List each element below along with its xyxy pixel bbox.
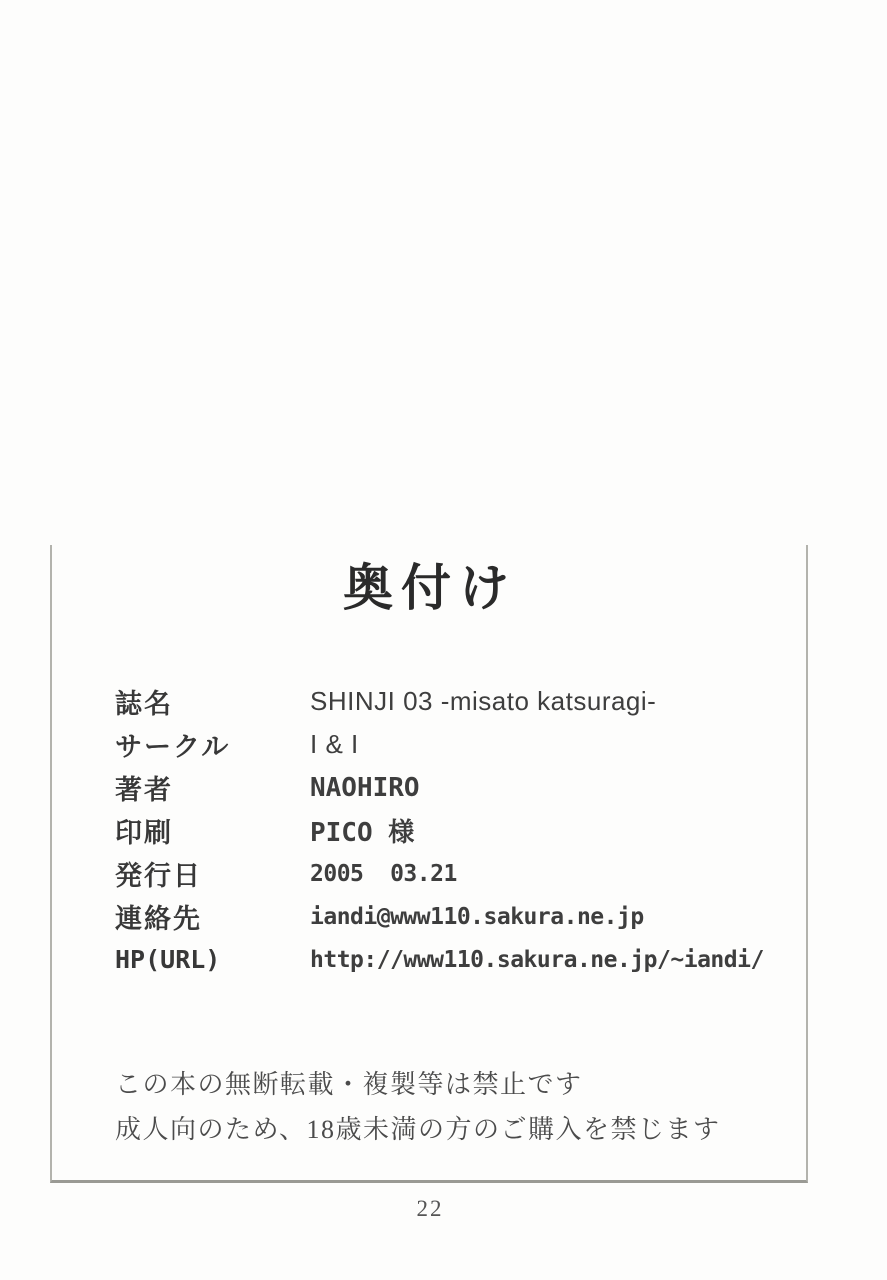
- table-row-printer: 印刷 PICO 様: [115, 809, 775, 852]
- table-row-title: 誌名 SHINJI 03 -misato katsuragi-: [115, 680, 775, 723]
- row-label-author: 著者: [115, 768, 310, 807]
- table-row-publish-date: 発行日 2005 03.21: [115, 852, 775, 895]
- table-row-contact: 連絡先 iandi@www110.sakura.ne.jp: [115, 895, 775, 938]
- scanned-page: 奥付け 誌名 SHINJI 03 -misato katsuragi- サークル…: [0, 0, 887, 1280]
- row-label-homepage: HP(URL): [115, 945, 310, 974]
- page-number: 22: [50, 1196, 810, 1222]
- row-label-title: 誌名: [115, 682, 310, 721]
- row-value-homepage-url: http://www110.sakura.ne.jp/~iandi/: [310, 947, 764, 973]
- row-value-author: NAOHIRO: [310, 773, 420, 803]
- notice-adults-only: 成人向のため、18歳未満の方のご購入を禁じます: [115, 1107, 775, 1152]
- row-label-circle: サークル: [115, 725, 310, 764]
- notice-no-reproduction: この本の無断転載・複製等は禁止です: [115, 1062, 775, 1107]
- row-value-title: SHINJI 03 -misato katsuragi-: [310, 686, 656, 717]
- row-value-publish-date: 2005 03.21: [310, 861, 457, 887]
- table-row-author: 著者 NAOHIRO: [115, 766, 775, 809]
- table-row-circle: サークル I & I: [115, 723, 775, 766]
- row-value-circle: I & I: [310, 729, 359, 760]
- row-label-printer: 印刷: [115, 811, 310, 850]
- row-label-contact: 連絡先: [115, 897, 310, 936]
- legal-notices: この本の無断転載・複製等は禁止です 成人向のため、18歳未満の方のご購入を禁じま…: [115, 1062, 775, 1152]
- row-label-publish-date: 発行日: [115, 854, 310, 893]
- colophon-info-table: 誌名 SHINJI 03 -misato katsuragi- サークル I &…: [115, 680, 775, 981]
- page-title: 奥付け: [50, 548, 810, 620]
- row-value-contact-email: iandi@www110.sakura.ne.jp: [310, 904, 644, 930]
- row-value-printer: PICO 様: [310, 812, 414, 849]
- table-row-homepage: HP(URL) http://www110.sakura.ne.jp/~iand…: [115, 938, 775, 981]
